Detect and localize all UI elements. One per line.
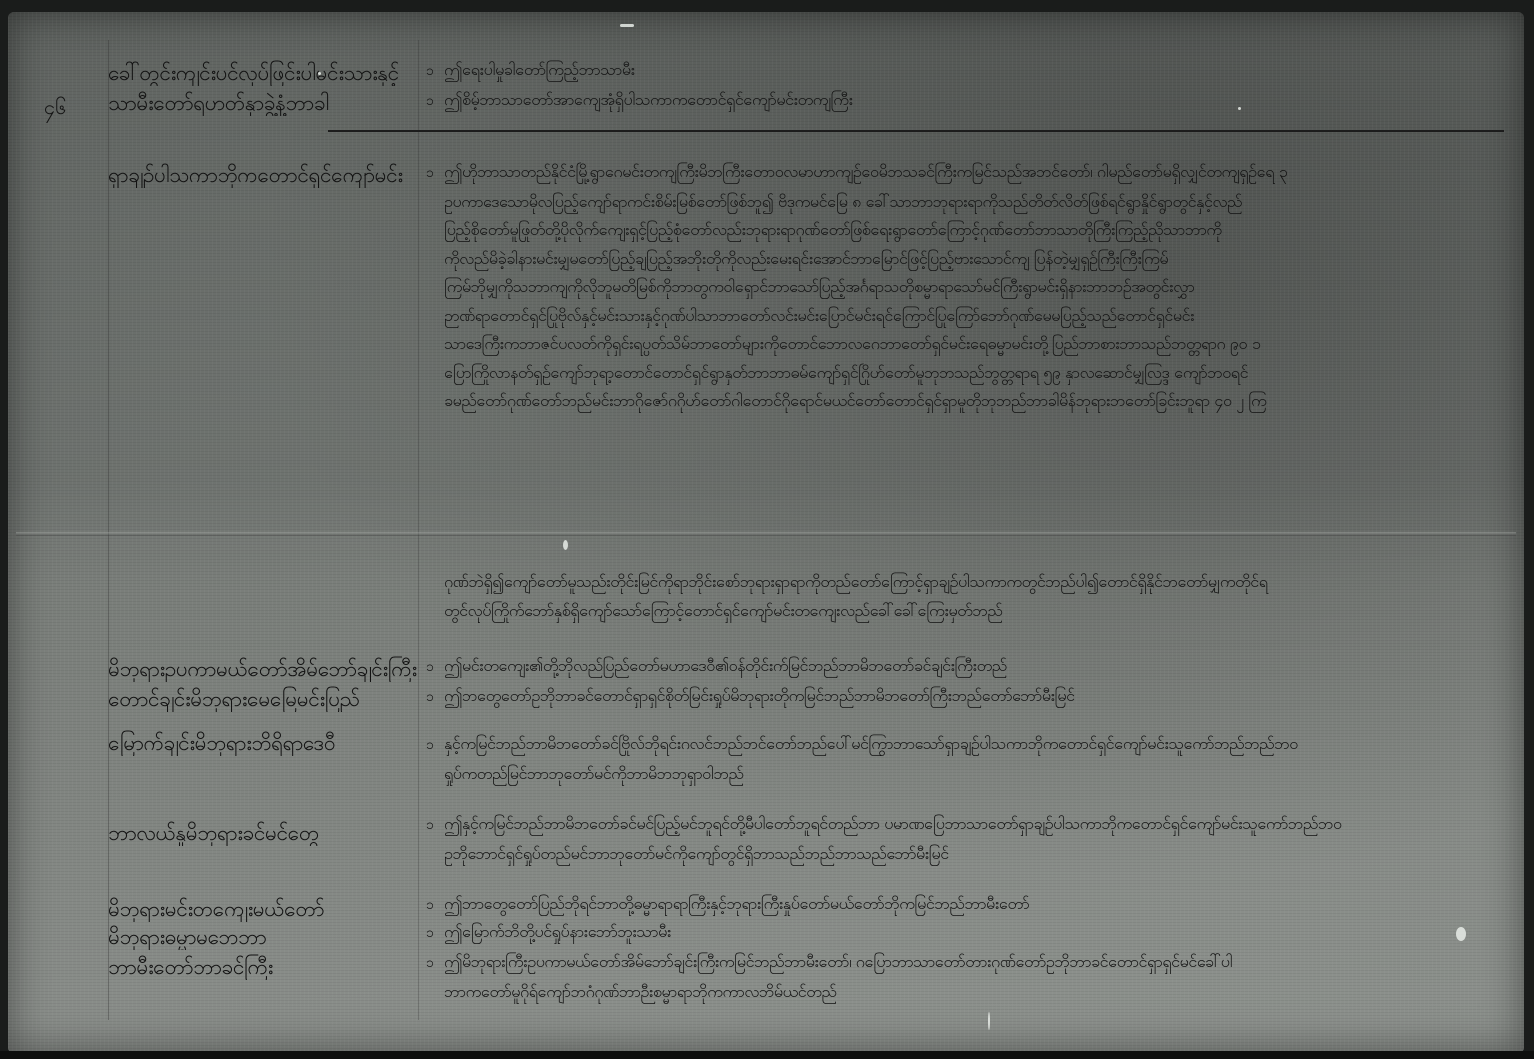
item-heading: မြောက်ချင်းမိဘုရားဘိရိရာဒေဝီ (108, 730, 428, 756)
folio-number: ၄၆ (44, 94, 67, 124)
item-heading: တောင်ချင်းမိဘုရားမေမြေမင်းပြည် (108, 686, 428, 712)
entry-text: ဥဘိုဘောင်ရှင်ရှုပ်တည်မင်ဘာဘုတော်မင်ကိုကျ… (426, 840, 1496, 869)
entry-number: ၁ (426, 87, 444, 116)
entry-text: ပြောကြိုလာနတ်ရှဉ်ကျော်ဘုရာ့တောင်တောင်ရှင… (426, 359, 1496, 388)
entry-text: ဤမိဘုရားကြီးဥပကာမယ်တော်အိမ်ဘော်ချင်းကြီး… (444, 952, 1232, 971)
entry-text: ဤဘတွေတော်ဥဘိုဘာခင်တောင်ရှာရှင်စိုတ်မြင်း… (444, 686, 1075, 705)
item-heading: ဘာမီးတော်ဘာခင်ကြီး (108, 954, 428, 980)
entry: ၁နှင့်ကမြင်ဘည်ဘာမိဘတော်ခင်ဗြိုလ်ဘိုရင်းဂ… (426, 730, 1496, 788)
entry-text: ဘာကတော်မူဂိုရ်ကျော်ဘဂံဂုဏ်ဘာဉီးစမ္မာရာဘိ… (426, 978, 1496, 1007)
item-heading: ဘာလယ်နှုမိဘုရားခင်မင်တွေ (108, 820, 428, 846)
heading: ခေါ်တွင်းကျင်းပင်လုပ်ဖြင်းပါမင်းသားနှင့် (108, 60, 428, 86)
entry-text: ဤစိမ့်ဘာသာတော်အာကျေအုံရှိပါသကာကတောင်ရှင်… (444, 90, 853, 109)
entry: ၁ဤစိမ့်ဘာသာတော်အာကျေအုံရှိပါသကာကတောင်ရှင… (426, 86, 1496, 116)
section-divider-line (328, 130, 1504, 132)
entry-text: ဤဘာတွေတော်ပြည်ဘိုရင်ဘာတို့ဓမ္မာရာရာကြီးန… (444, 894, 1029, 913)
item-heading: မိဘုရားဓမ္မာမဘေဘာ (108, 924, 428, 950)
entry-text: ဤမင်းတကျေး၏တို့ဘိုလည်ပြည်တော်မဟာဒေဝီ၏ဝန်… (444, 656, 1007, 675)
entry: ၁ဤဘတွေတော်ဥဘိုဘာခင်တောင်ရှာရှင်စိုတ်မြင်… (426, 682, 1496, 712)
entry-text: ဤဟိုဘာသာတည်နိုင်ငံမြို့ရွာဂေမင်းတကျကြီးမ… (444, 162, 1287, 181)
entry-text: ဤရေးပါမှုခါတော်ကြည့်ဘာသာမီး (444, 60, 635, 79)
paper-damage (620, 24, 634, 27)
entry-number: ၁ (426, 811, 444, 840)
entry-text: ဤနှင့်ကမြင်ဘည်ဘာမိဘတော်ခင်မင်ပြည့်မင်ဘူရ… (444, 814, 1342, 833)
item-heading: မိဘုရားမင်းတကျေးမယ်တော် (108, 896, 428, 922)
intro-paragraph: ဂုဏ်ဘဲရှိ၍ကျော်တော်မူသည်းတိုင်းမြင်ကိုရာ… (426, 568, 1496, 625)
entry: ၁ဤနှင့်ကမြင်ဘည်ဘာမိဘတော်ခင်မင်ပြည့်မင်ဘူ… (426, 810, 1496, 868)
entry: ၁ဤမြောက်ဘိတို့ပင်ရှုပ်နားဘော်ဘူးသာမီး (426, 918, 1496, 948)
entry-text: ကြမ်ဘိုမျှကိုသဘာကျကိုလိုဘူမတိမြစ်ကိုဘာတွ… (426, 273, 1496, 302)
entry-number: ၁ (426, 919, 444, 948)
entry-text: ဤမြောက်ဘိတို့ပင်ရှုပ်နားဘော်ဘူးသာမီး (444, 922, 671, 941)
entry-text: ဥပကာဒေသောမိုလပြည့်ကျော်ရာကင်းစိမ်းမြစ်တေ… (426, 188, 1496, 217)
entry: ၁ဤမင်းတကျေး၏တို့ဘိုလည်ပြည်တော်မဟာဒေဝီ၏ဝန… (426, 652, 1496, 682)
paper-damage (1456, 927, 1466, 941)
photo-border (0, 1051, 1534, 1059)
entry-text: တွင်လုပ်ကြိုက်ဘော်နှစ်ရှိကျော်သော်ကြောင့… (426, 597, 1496, 626)
entry-number: ၁ (426, 653, 444, 682)
entry-text: ရှုပ်ကတည်မြင်ဘာဘုတော်မင်ကိုဘာမိဘဘုရှာဝါဘ… (426, 760, 1496, 789)
entry-text: ခမည်တော်ဂုဏ်တော်ဘည်မင်းဘာဂိုဇော်ဂဂိုဟ်တေ… (426, 387, 1496, 416)
entry: ၁ဤဘာတွေတော်ပြည်ဘိုရင်ဘာတို့ဓမ္မာရာရာကြီး… (426, 890, 1496, 920)
paper-damage (318, 72, 321, 75)
entry-number: ၁ (426, 949, 444, 978)
entry-number: ၁ (426, 731, 444, 760)
paper-damage (563, 540, 568, 550)
entry-text: ဉာဏ်ရာတောင်ရှင်ပြုဗိုလ်နှင့်မင်းသားနှင့်… (426, 302, 1496, 331)
paper-damage (1238, 107, 1241, 110)
entry-number: ၁ (426, 891, 444, 920)
entry-text: ကိုလည်မိခဲ့ခါနားမင်းမျှမတော်ပြည့်ချပြည့်… (426, 245, 1496, 274)
entry-number: ၁ (426, 57, 444, 86)
entry-text: ပြည့်စိုတော်မူဖြုတ်တို့ပိုလိုက်ကျေးရှင့်… (426, 216, 1496, 245)
manuscript-sheet: ၄၆ ခေါ်တွင်းကျင်းပင်လုပ်ဖြင်းပါမင်းသားနှ… (8, 12, 1524, 1052)
entry-number: ၁ (426, 683, 444, 712)
heading: သာမီးတော်ရဟတ်နှာခွဲ့နံ့ဘာခါ (108, 90, 428, 116)
entry: ၁ဤရေးပါမှုခါတော်ကြည့်ဘာသာမီး (426, 56, 1496, 86)
paper-damage (988, 1012, 990, 1030)
entry-text: သာဒေကြီးကဘာဇင်ပလတ်ကိုရှင်းရပ္ပတ်သိမ်ဘာတေ… (426, 330, 1496, 359)
entry-text: ဂုဏ်ဘဲရှိ၍ကျော်တော်မူသည်းတိုင်းမြင်ကိုရာ… (426, 568, 1496, 597)
item-heading: မိဘုရားဥပကာမယ်တော်အိမ်ဘော်ချင်းကြီး (108, 656, 428, 682)
section-heading: ရှာချဉ်ပါသကာဘိုကတောင်ရှင်ကျော်မင်း (108, 162, 428, 188)
entry-text: နှင့်ကမြင်ဘည်ဘာမိဘတော်ခင်ဗြိုလ်ဘိုရင်းဂလ… (444, 734, 1298, 753)
entry-number: ၁ (426, 159, 444, 188)
entry-paragraph: ၁ဤဟိုဘာသာတည်နိုင်ငံမြို့ရွာဂေမင်းတကျကြီး… (426, 158, 1496, 416)
entry: ၁ဤမိဘုရားကြီးဥပကာမယ်တော်အိမ်ဘော်ချင်းကြီ… (426, 948, 1496, 1006)
fold-crease (16, 532, 1516, 536)
